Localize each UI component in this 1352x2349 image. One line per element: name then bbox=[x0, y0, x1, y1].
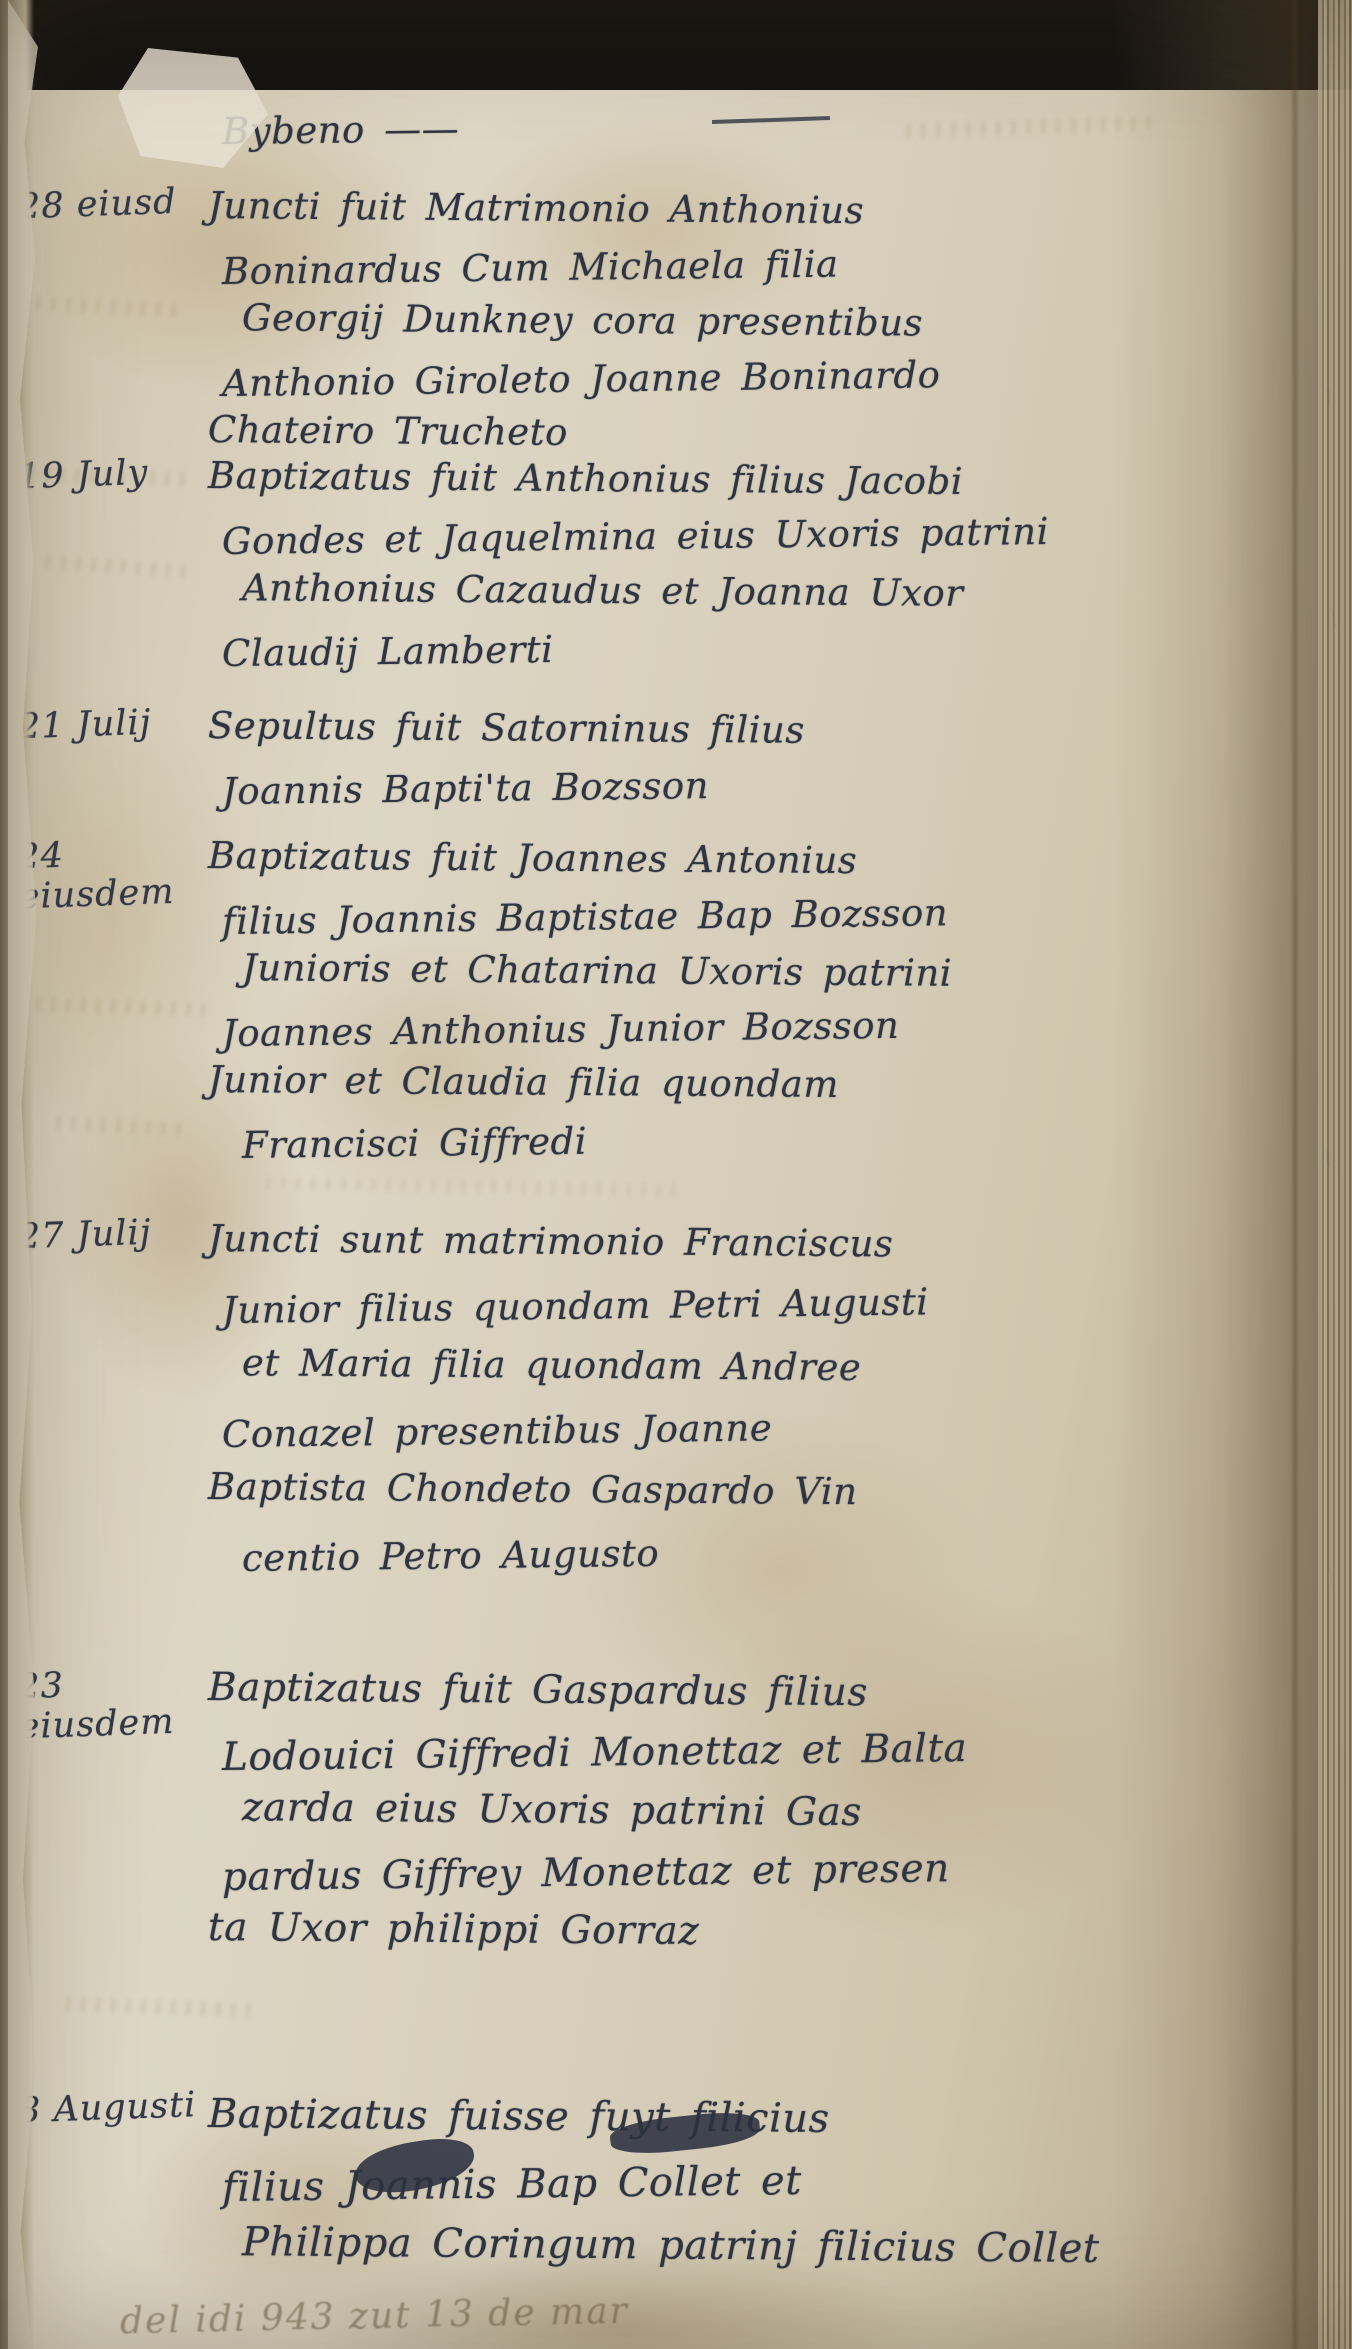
handwritten-line: Conazel presentibus Joanne bbox=[222, 1392, 1213, 1466]
handwritten-line: Baptizatus fuit Joannes Antonius bbox=[208, 828, 1212, 892]
register-page: 27Sepultus fuit Philippus filius Philipp… bbox=[0, 0, 1352, 2349]
handwritten-line: Francisci Giffredi bbox=[242, 1106, 1213, 1174]
handwritten-line: Baptizatus fuit Gaspardus filius bbox=[208, 1658, 1212, 1726]
handwritten-line: Juncti sunt matrimonio Franciscus bbox=[208, 1208, 1212, 1278]
entry-lines: Baptizatus fuit Anthonius filius JacobiG… bbox=[208, 452, 1212, 676]
handwritten-line: Boninardus Cum Michaela filia bbox=[222, 232, 1213, 300]
register-entry: 28 eiusdJuncti fuit Matrimonio Anthonius… bbox=[18, 182, 1212, 462]
handwritten-line: ta Uxor philippi Gorraz bbox=[208, 1898, 1212, 1966]
handwritten-line: Sepultus fuit Satorninus filius bbox=[208, 698, 1212, 762]
entry-date: 28 eiusd bbox=[17, 179, 208, 228]
entry-date: 24 eiusdem bbox=[17, 829, 210, 918]
handwritten-line: Bybeno —— bbox=[222, 90, 1213, 162]
handwritten-line: et Maria filia quondam Andree bbox=[242, 1332, 1212, 1402]
register-entry: 23 eiusdemBaptizatus fuit Gaspardus fili… bbox=[18, 1662, 1212, 1962]
handwritten-line: Claudij Lamberti bbox=[222, 614, 1213, 682]
entry-date: 23 eiusdem bbox=[17, 1659, 210, 1748]
handwritten-line: Junior filius quondam Petri Augusti bbox=[222, 1268, 1213, 1342]
entry-date: 19 July bbox=[17, 449, 208, 498]
entry-lines: Baptizatus fuit Gaspardus filiusLodouici… bbox=[208, 1662, 1212, 1962]
entry-date: 8 Augusti bbox=[17, 2083, 208, 2132]
handwritten-line: Baptizatus fuit Anthonius filius Jacobi bbox=[208, 448, 1212, 512]
handwritten-line: zarda eius Uxoris patrini Gas bbox=[242, 1778, 1212, 1846]
handwritten-line: Juncti fuit Matrimonio Anthonius bbox=[208, 178, 1212, 242]
register-entry: 21 JulijSepultus fuit Satorninus filiusJ… bbox=[18, 702, 1212, 814]
entry-lines: Sepultus fuit Satorninus filiusJoannis B… bbox=[208, 702, 1212, 814]
handwritten-line: Georgij Dunkney cora presentibus bbox=[242, 290, 1212, 354]
handwritten-line: filius Joannis Baptistae Bap Bozsson bbox=[222, 882, 1213, 950]
handwritten-line: Anthonio Giroleto Joanne Boninardo bbox=[222, 344, 1213, 412]
register-entry: 24 eiusdemBaptizatus fuit Joannes Antoni… bbox=[18, 832, 1212, 1168]
handwritten-line: centio Petro Augusto bbox=[242, 1516, 1213, 1590]
entry-lines: Juncti sunt matrimonio FranciscusJunior … bbox=[208, 1212, 1212, 1584]
book-fore-edge bbox=[1318, 0, 1352, 2349]
register-entry: 19 JulyBaptizatus fuit Anthonius filius … bbox=[18, 452, 1212, 676]
entry-lines: Baptizatus fuit Joannes Antoniusfilius J… bbox=[208, 832, 1212, 1168]
entry-lines: Juncti fuit Matrimonio AnthoniusBoninard… bbox=[208, 182, 1212, 462]
handwritten-line: Joannis Bapti'ta Bozsson bbox=[222, 752, 1213, 820]
handwritten-line: Baptista Chondeto Gaspardo Vin bbox=[208, 1456, 1212, 1526]
entry-date: 21 Julij bbox=[17, 699, 208, 748]
handwritten-line: Anthonius Cazaudus et Joanna Uxor bbox=[242, 560, 1212, 624]
handwritten-line: Junior et Claudia filia quondam bbox=[208, 1052, 1212, 1116]
handwritten-line: Joannes Anthonius Junior Bozsson bbox=[222, 994, 1213, 1062]
entry-date: 27 Julij bbox=[17, 1209, 208, 1258]
page-curve-shadow bbox=[1112, 0, 1352, 2349]
handwritten-line: Junioris et Chatarina Uxoris patrini bbox=[242, 940, 1212, 1004]
handwritten-line: Philippa Coringum patrinj filicius Colle… bbox=[242, 2210, 1212, 2282]
handwritten-line: Lodouici Giffredi Monettaz et Balta bbox=[222, 1716, 1213, 1788]
register-entry: 27 JulijJuncti sunt matrimonio Franciscu… bbox=[18, 1212, 1212, 1584]
register-entry: 8 AugustiBaptizatus fuisse fuyt filicius… bbox=[18, 2086, 1212, 2278]
handwritten-line: Gondes et Jaquelmina eius Uxoris patrini bbox=[222, 502, 1213, 570]
handwritten-line: pardus Giffrey Monettaz et presen bbox=[222, 1836, 1213, 1908]
